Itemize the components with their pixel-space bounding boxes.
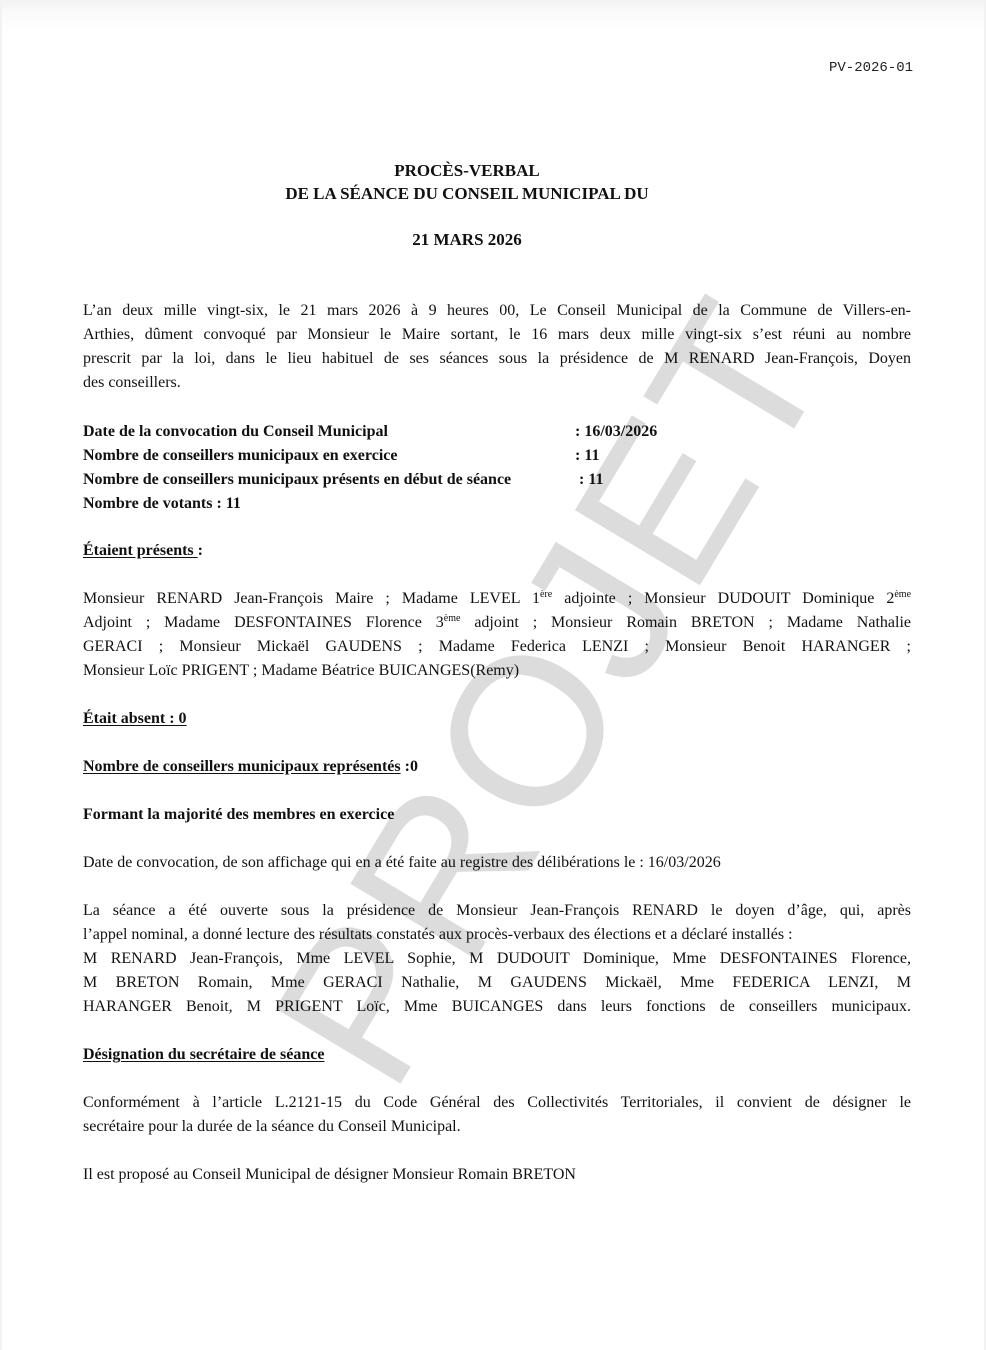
absent-label: Était absent : 0 [83, 710, 187, 727]
present-heading: Étaient présents : [83, 539, 911, 563]
summary-value: : 11 [579, 468, 603, 492]
present-text: adjointe ; Monsieur DUDOUIT Dominique 2 [552, 590, 894, 607]
title-line-1: PROCÈS-VERBAL [0, 159, 934, 182]
secretary-line: secrétaire pour la durée de la séance du… [83, 1115, 911, 1139]
present-text: Monsieur RENARD Jean-François Maire ; Ma… [83, 590, 540, 607]
intro-line: des conseillers. [83, 371, 911, 395]
document-title: PROCÈS-VERBAL DE LA SÉANCE DU CONSEIL MU… [0, 159, 934, 251]
present-line: Adjoint ; Madame DESFONTAINES Florence 3… [83, 611, 911, 635]
intro-line: Arthies, dûment convoqué par Monsieur le… [83, 323, 911, 347]
title-line-2: DE LA SÉANCE DU CONSEIL MUNICIPAL DU [0, 182, 934, 205]
intro-paragraph: L’an deux mille vingt-six, le 21 mars 20… [83, 299, 911, 395]
secretary-proposal: Il est proposé au Conseil Municipal de d… [83, 1163, 911, 1187]
absent-line: Était absent : 0 [83, 707, 911, 731]
opening-line: HARANGER Benoit, M PRIGENT Loïc, Mme BUI… [83, 995, 911, 1019]
secretary-line: Conformément à l’article L.2121-15 du Co… [83, 1091, 911, 1115]
opening-line: M BRETON Romain, Mme GERACI Nathalie, M … [83, 971, 911, 995]
summary-row-in-office: Nombre de conseillers municipaux en exer… [83, 444, 911, 468]
convocation-note: Date de convocation, de son affichage qu… [83, 851, 911, 875]
summary-value: : 16/03/2026 [575, 420, 657, 444]
intro-line: prescrit par la loi, dans le lieu habitu… [83, 347, 911, 371]
session-summary: Date de la convocation du Conseil Munici… [83, 420, 911, 516]
summary-value: : 11 [575, 444, 599, 468]
document-page: PV-2026-01 PROCÈS-VERBAL DE LA SÉANCE DU… [0, 0, 986, 1350]
present-text: Adjoint ; Madame DESFONTAINES Florence 3 [83, 614, 444, 631]
intro-line: L’an deux mille vingt-six, le 21 mars 20… [83, 299, 911, 323]
summary-label: Nombre de conseillers municipaux présent… [83, 468, 511, 492]
summary-label: Date de la convocation du Conseil Munici… [83, 420, 388, 444]
summary-label: Nombre de conseillers municipaux en exer… [83, 444, 397, 468]
secretary-heading-label: Désignation du secrétaire de séance [83, 1046, 324, 1063]
opening-line: l’appel nominal, a donné lecture des rés… [83, 923, 911, 947]
represented-line: Nombre de conseillers municipaux représe… [83, 755, 911, 779]
ordinal-suffix: ème [894, 589, 911, 600]
secretary-heading: Désignation du secrétaire de séance [83, 1043, 911, 1067]
secretary-paragraph: Conformément à l’article L.2121-15 du Co… [83, 1091, 911, 1139]
present-text: adjoint ; Monsieur Romain BRETON ; Madam… [460, 614, 911, 631]
present-line: Monsieur RENARD Jean-François Maire ; Ma… [83, 587, 911, 611]
summary-row-convocation-date: Date de la convocation du Conseil Munici… [83, 420, 911, 444]
present-line: Monsieur Loïc PRIGENT ; Madame Béatrice … [83, 659, 911, 683]
present-text: GERACI ; Monsieur Mickaël GAUDENS ; Mada… [83, 638, 911, 655]
title-date: 21 MARS 2026 [0, 228, 934, 251]
ordinal-suffix: ère [540, 589, 552, 600]
summary-row-voters: Nombre de votants : 11 [83, 492, 911, 516]
represented-value: :0 [401, 758, 418, 775]
opening-paragraph: La séance a été ouverte sous la présiden… [83, 899, 911, 1019]
opening-line: M RENARD Jean-François, Mme LEVEL Sophie… [83, 947, 911, 971]
ordinal-suffix: ème [444, 613, 461, 624]
majority-statement: Formant la majorité des membres en exerc… [83, 803, 911, 827]
document-reference: PV-2026-01 [829, 60, 913, 76]
summary-label: Nombre de votants : 11 [83, 492, 241, 516]
opening-line: La séance a été ouverte sous la présiden… [83, 899, 911, 923]
present-heading-label: Étaient présents [83, 542, 198, 559]
present-line: GERACI ; Monsieur Mickaël GAUDENS ; Mada… [83, 635, 911, 659]
summary-row-present: Nombre de conseillers municipaux présent… [83, 468, 911, 492]
represented-label: Nombre de conseillers municipaux représe… [83, 758, 401, 775]
present-text: Monsieur Loïc PRIGENT ; Madame Béatrice … [83, 662, 519, 679]
present-members-list: Monsieur RENARD Jean-François Maire ; Ma… [83, 587, 911, 683]
present-heading-colon: : [198, 542, 203, 559]
